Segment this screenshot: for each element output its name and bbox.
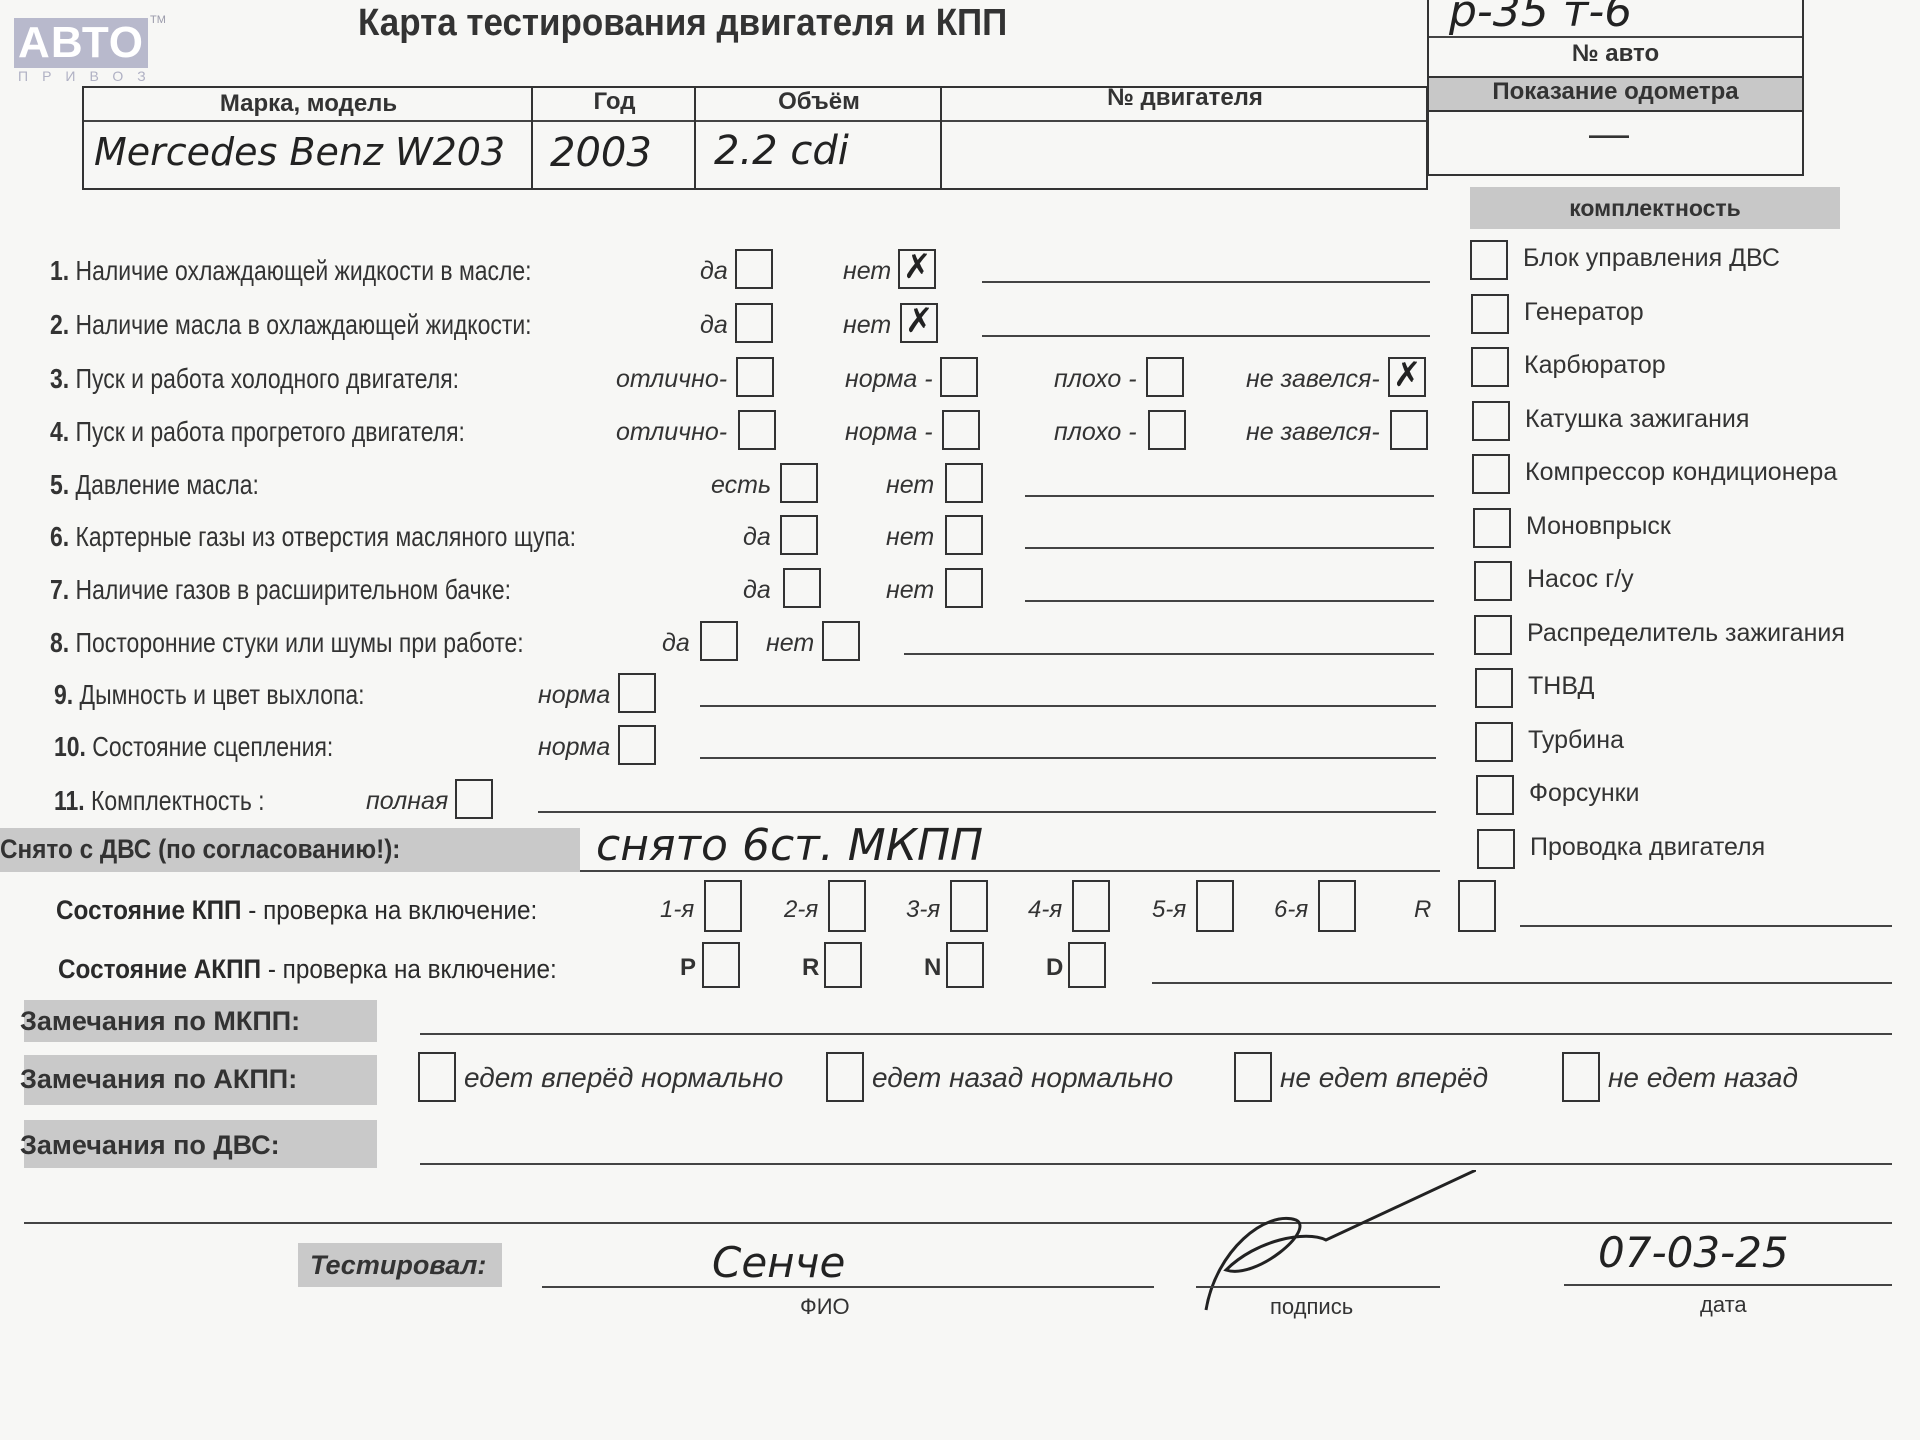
option-label: да (700, 311, 728, 340)
check-text: Пуск и работа холодного двигателя: (76, 363, 460, 394)
gear-position-label: N (924, 954, 941, 982)
check-row-label: 10. Состояние сцепления: (54, 731, 333, 763)
option-checkbox[interactable] (945, 515, 983, 555)
auto-gearbox-label: Состояние АКПП - проверка на включение: (58, 954, 557, 985)
completeness-item-label: Моновпрыск (1526, 512, 1671, 541)
notes-line[interactable] (904, 653, 1434, 655)
notes-line[interactable] (700, 757, 1436, 759)
completeness-checkbox[interactable] (1472, 454, 1510, 494)
check-text: Комплектность : (91, 785, 265, 816)
option-label: отлично- (616, 365, 727, 394)
option-checkbox[interactable] (900, 303, 938, 343)
completeness-item-label: Генератор (1524, 298, 1644, 327)
page-title: Карта тестирования двигателя и КПП (358, 2, 1007, 45)
akpp-remark-checkbox[interactable] (826, 1052, 864, 1102)
completeness-item-label: Блок управления ДВС (1523, 244, 1780, 273)
option-label: норма - (845, 418, 933, 447)
option-checkbox[interactable] (945, 463, 983, 503)
option-label: не завелся- (1246, 365, 1380, 394)
check-text: Наличие масла в охлаждающей жидкости: (76, 309, 532, 340)
akpp-remark-label: едет назад нормально (872, 1062, 1173, 1094)
akpp-remark-checkbox[interactable] (1562, 1052, 1600, 1102)
check-row-label: 11. Комплектность : (54, 785, 265, 817)
gear-position-label: R (802, 954, 819, 982)
check-number: 8. (50, 627, 69, 658)
gear-position-checkbox[interactable] (946, 942, 984, 988)
check-text: Наличие охлаждающей жидкости в масле: (76, 255, 532, 286)
option-label: да (743, 576, 771, 605)
volume-value[interactable]: 2.2 cdi (714, 128, 849, 174)
tested-by-label: Тестировал: (310, 1250, 486, 1281)
option-checkbox[interactable] (735, 249, 773, 289)
option-checkbox[interactable] (618, 673, 656, 713)
logo-subtitle: ПРИВОЗ (18, 68, 160, 84)
check-text: Состояние сцепления: (92, 731, 333, 762)
tester-name-value[interactable]: Сенче (712, 1238, 845, 1287)
remarks-akpp-label: Замечания по АКПП: (20, 1064, 297, 1095)
check-row-label: 5. Давление масла: (50, 469, 259, 501)
gear-position-checkbox[interactable] (824, 942, 862, 988)
completeness-checkbox[interactable] (1473, 508, 1511, 548)
option-label: есть (711, 471, 771, 500)
year-value[interactable]: 2003 (550, 130, 652, 176)
completeness-checkbox[interactable] (1470, 240, 1508, 280)
completeness-item-label: Форсунки (1529, 779, 1640, 808)
car-number-label: № авто (1429, 40, 1802, 68)
make-model-value[interactable]: Mercedes Benz W203 (94, 130, 505, 174)
col-engine-number: № двигателя (942, 84, 1428, 112)
completeness-checkbox[interactable] (1477, 829, 1515, 869)
completeness-checkbox[interactable] (1471, 294, 1509, 334)
akpp-remark-label: не едет назад (1608, 1062, 1798, 1094)
notes-line[interactable] (700, 705, 1436, 707)
check-row-label: 2. Наличие масла в охлаждающей жидкости: (50, 309, 532, 341)
col-volume: Объём (696, 88, 942, 116)
vehicle-info-table: Марка, модель Год Объём № двигателя Merc… (82, 86, 1428, 190)
akpp-remark-label: не едет вперёд (1280, 1062, 1488, 1094)
check-text: Наличие газов в расширительном бачке: (76, 574, 511, 605)
notes-line[interactable] (1025, 495, 1434, 497)
option-label: да (662, 629, 690, 658)
akpp-remark-checkbox[interactable] (418, 1052, 456, 1102)
gear-checkbox[interactable] (1318, 880, 1356, 932)
check-row-label: 3. Пуск и работа холодного двигателя: (50, 363, 459, 395)
completeness-item-label: ТНВД (1528, 672, 1594, 701)
option-checkbox[interactable] (780, 463, 818, 503)
car-odometer-box: р-35 т-6 № авто Показание одометра — (1427, 0, 1804, 176)
notes-line[interactable] (982, 281, 1430, 283)
akpp-remark-checkbox[interactable] (1234, 1052, 1272, 1102)
option-checkbox[interactable] (898, 249, 936, 289)
check-row-label: 1. Наличие охлаждающей жидкости в масле: (50, 255, 532, 287)
option-label: да (700, 257, 728, 286)
manual-gearbox-label: Состояние КПП - проверка на включение: (56, 895, 537, 926)
option-label: отлично- (616, 418, 727, 447)
notes-line[interactable] (1025, 600, 1434, 602)
removed-value[interactable]: снято 6ст. МКПП (596, 820, 983, 871)
option-label: норма (538, 733, 610, 762)
option-label: плохо - (1054, 365, 1137, 394)
odometer-label: Показание одометра (1429, 78, 1802, 106)
odometer-value[interactable]: — (1589, 112, 1629, 157)
option-checkbox[interactable] (738, 410, 776, 450)
option-checkbox[interactable] (780, 515, 818, 555)
option-label: норма - (845, 365, 933, 394)
check-number: 5. (50, 469, 69, 500)
check-number: 7. (50, 574, 69, 605)
check-row-label: 9. Дымность и цвет выхлопа: (54, 679, 365, 711)
check-number: 9. (54, 679, 73, 710)
completeness-item-label: Распределитель зажигания (1527, 619, 1845, 648)
completeness-item-label: Проводка двигателя (1530, 833, 1765, 862)
gear-label: 6-я (1274, 896, 1308, 924)
akpp-remark-label: едет вперёд нормально (464, 1062, 783, 1094)
check-number: 6. (50, 521, 69, 552)
remarks-dvs-label: Замечания по ДВС: (20, 1130, 280, 1161)
option-checkbox[interactable] (942, 410, 980, 450)
option-checkbox[interactable] (1146, 357, 1184, 397)
completeness-header: комплектность (1470, 187, 1840, 229)
check-number: 10. (54, 731, 86, 762)
check-text: Картерные газы из отверстия масляного щу… (76, 521, 576, 552)
option-label: нет (766, 629, 814, 658)
check-row-label: 8. Посторонние стуки или шумы при работе… (50, 627, 524, 659)
check-text: Посторонние стуки или шумы при работе: (76, 627, 524, 658)
check-number: 11. (54, 785, 85, 816)
col-make-model: Марка, модель (84, 90, 533, 118)
name-caption: ФИО (800, 1294, 850, 1320)
notes-line[interactable] (982, 335, 1430, 337)
gear-label: 2-я (784, 896, 818, 924)
gear-checkbox[interactable] (950, 880, 988, 932)
check-number: 2. (50, 309, 69, 340)
option-checkbox[interactable] (945, 568, 983, 608)
completeness-checkbox[interactable] (1472, 401, 1510, 441)
gear-position-checkbox[interactable] (702, 942, 740, 988)
option-label: нет (886, 523, 934, 552)
check-text: Давление масла: (76, 469, 259, 500)
completeness-checkbox[interactable] (1474, 615, 1512, 655)
gear-checkbox[interactable] (1072, 880, 1110, 932)
gear-position-checkbox[interactable] (1068, 942, 1106, 988)
check-number: 3. (50, 363, 69, 394)
option-label: да (743, 523, 771, 552)
date-caption: дата (1700, 1292, 1747, 1318)
completeness-item-label: Карбюратор (1524, 351, 1666, 380)
check-row-label: 7. Наличие газов в расширительном бачке: (50, 574, 511, 606)
option-checkbox[interactable] (735, 303, 773, 343)
col-year: Год (533, 88, 696, 116)
check-number: 1. (50, 255, 69, 286)
completeness-checkbox[interactable] (1474, 561, 1512, 601)
car-number-value[interactable]: р-35 т-6 (1449, 0, 1632, 37)
option-label: не завелся- (1246, 418, 1380, 447)
check-text: Дымность и цвет выхлопа: (80, 679, 365, 710)
option-label: норма (538, 681, 610, 710)
logo-trademark: TM (150, 14, 166, 26)
option-label: полная (366, 787, 448, 816)
completeness-item-label: Катушка зажигания (1525, 405, 1749, 434)
option-label: плохо - (1054, 418, 1137, 447)
gear-label: 1-я (660, 896, 694, 924)
option-label: нет (843, 311, 891, 340)
check-row-label: 4. Пуск и работа прогретого двигателя: (50, 416, 465, 448)
completeness-item-label: Турбина (1528, 726, 1624, 755)
option-checkbox[interactable] (1388, 357, 1426, 397)
completeness-checkbox[interactable] (1471, 347, 1509, 387)
notes-line[interactable] (538, 811, 1436, 813)
option-checkbox[interactable] (618, 725, 656, 765)
completeness-item-label: Компрессор кондиционера (1525, 458, 1837, 487)
gear-checkbox[interactable] (1196, 880, 1234, 932)
avtoprivoz-logo: АВТО (14, 18, 148, 68)
check-number: 4. (50, 416, 69, 447)
option-checkbox[interactable] (822, 621, 860, 661)
completeness-item-label: Насос г/у (1527, 565, 1634, 594)
option-label: нет (886, 576, 934, 605)
gear-label: 3-я (906, 896, 940, 924)
option-label: нет (886, 471, 934, 500)
completeness-checkbox[interactable] (1475, 668, 1513, 708)
gear-checkbox[interactable] (704, 880, 742, 932)
remarks-mkpp-label: Замечания по МКПП: (20, 1006, 300, 1037)
gear-position-label: D (1046, 954, 1063, 982)
option-checkbox[interactable] (940, 357, 978, 397)
option-checkbox[interactable] (783, 568, 821, 608)
date-value[interactable]: 07-03-25 (1598, 1228, 1789, 1277)
check-text: Пуск и работа прогретого двигателя: (76, 416, 465, 447)
removed-label: Снято с ДВС (по согласованию!): (0, 834, 400, 865)
gear-checkbox[interactable] (1458, 880, 1496, 932)
gear-label: 4-я (1028, 896, 1062, 924)
option-checkbox[interactable] (736, 357, 774, 397)
gear-label: 5-я (1152, 896, 1186, 924)
gear-position-label: P (680, 954, 696, 982)
completeness-checkbox[interactable] (1476, 775, 1514, 815)
notes-line[interactable] (1025, 547, 1434, 549)
option-checkbox[interactable] (1148, 410, 1186, 450)
option-checkbox[interactable] (1390, 410, 1428, 450)
option-label: нет (843, 257, 891, 286)
option-checkbox[interactable] (455, 779, 493, 819)
signature-caption: подпись (1270, 1294, 1353, 1320)
option-checkbox[interactable] (700, 621, 738, 661)
gear-label: R (1414, 896, 1431, 924)
completeness-checkbox[interactable] (1475, 722, 1513, 762)
check-row-label: 6. Картерные газы из отверстия масляного… (50, 521, 576, 553)
gear-checkbox[interactable] (828, 880, 866, 932)
